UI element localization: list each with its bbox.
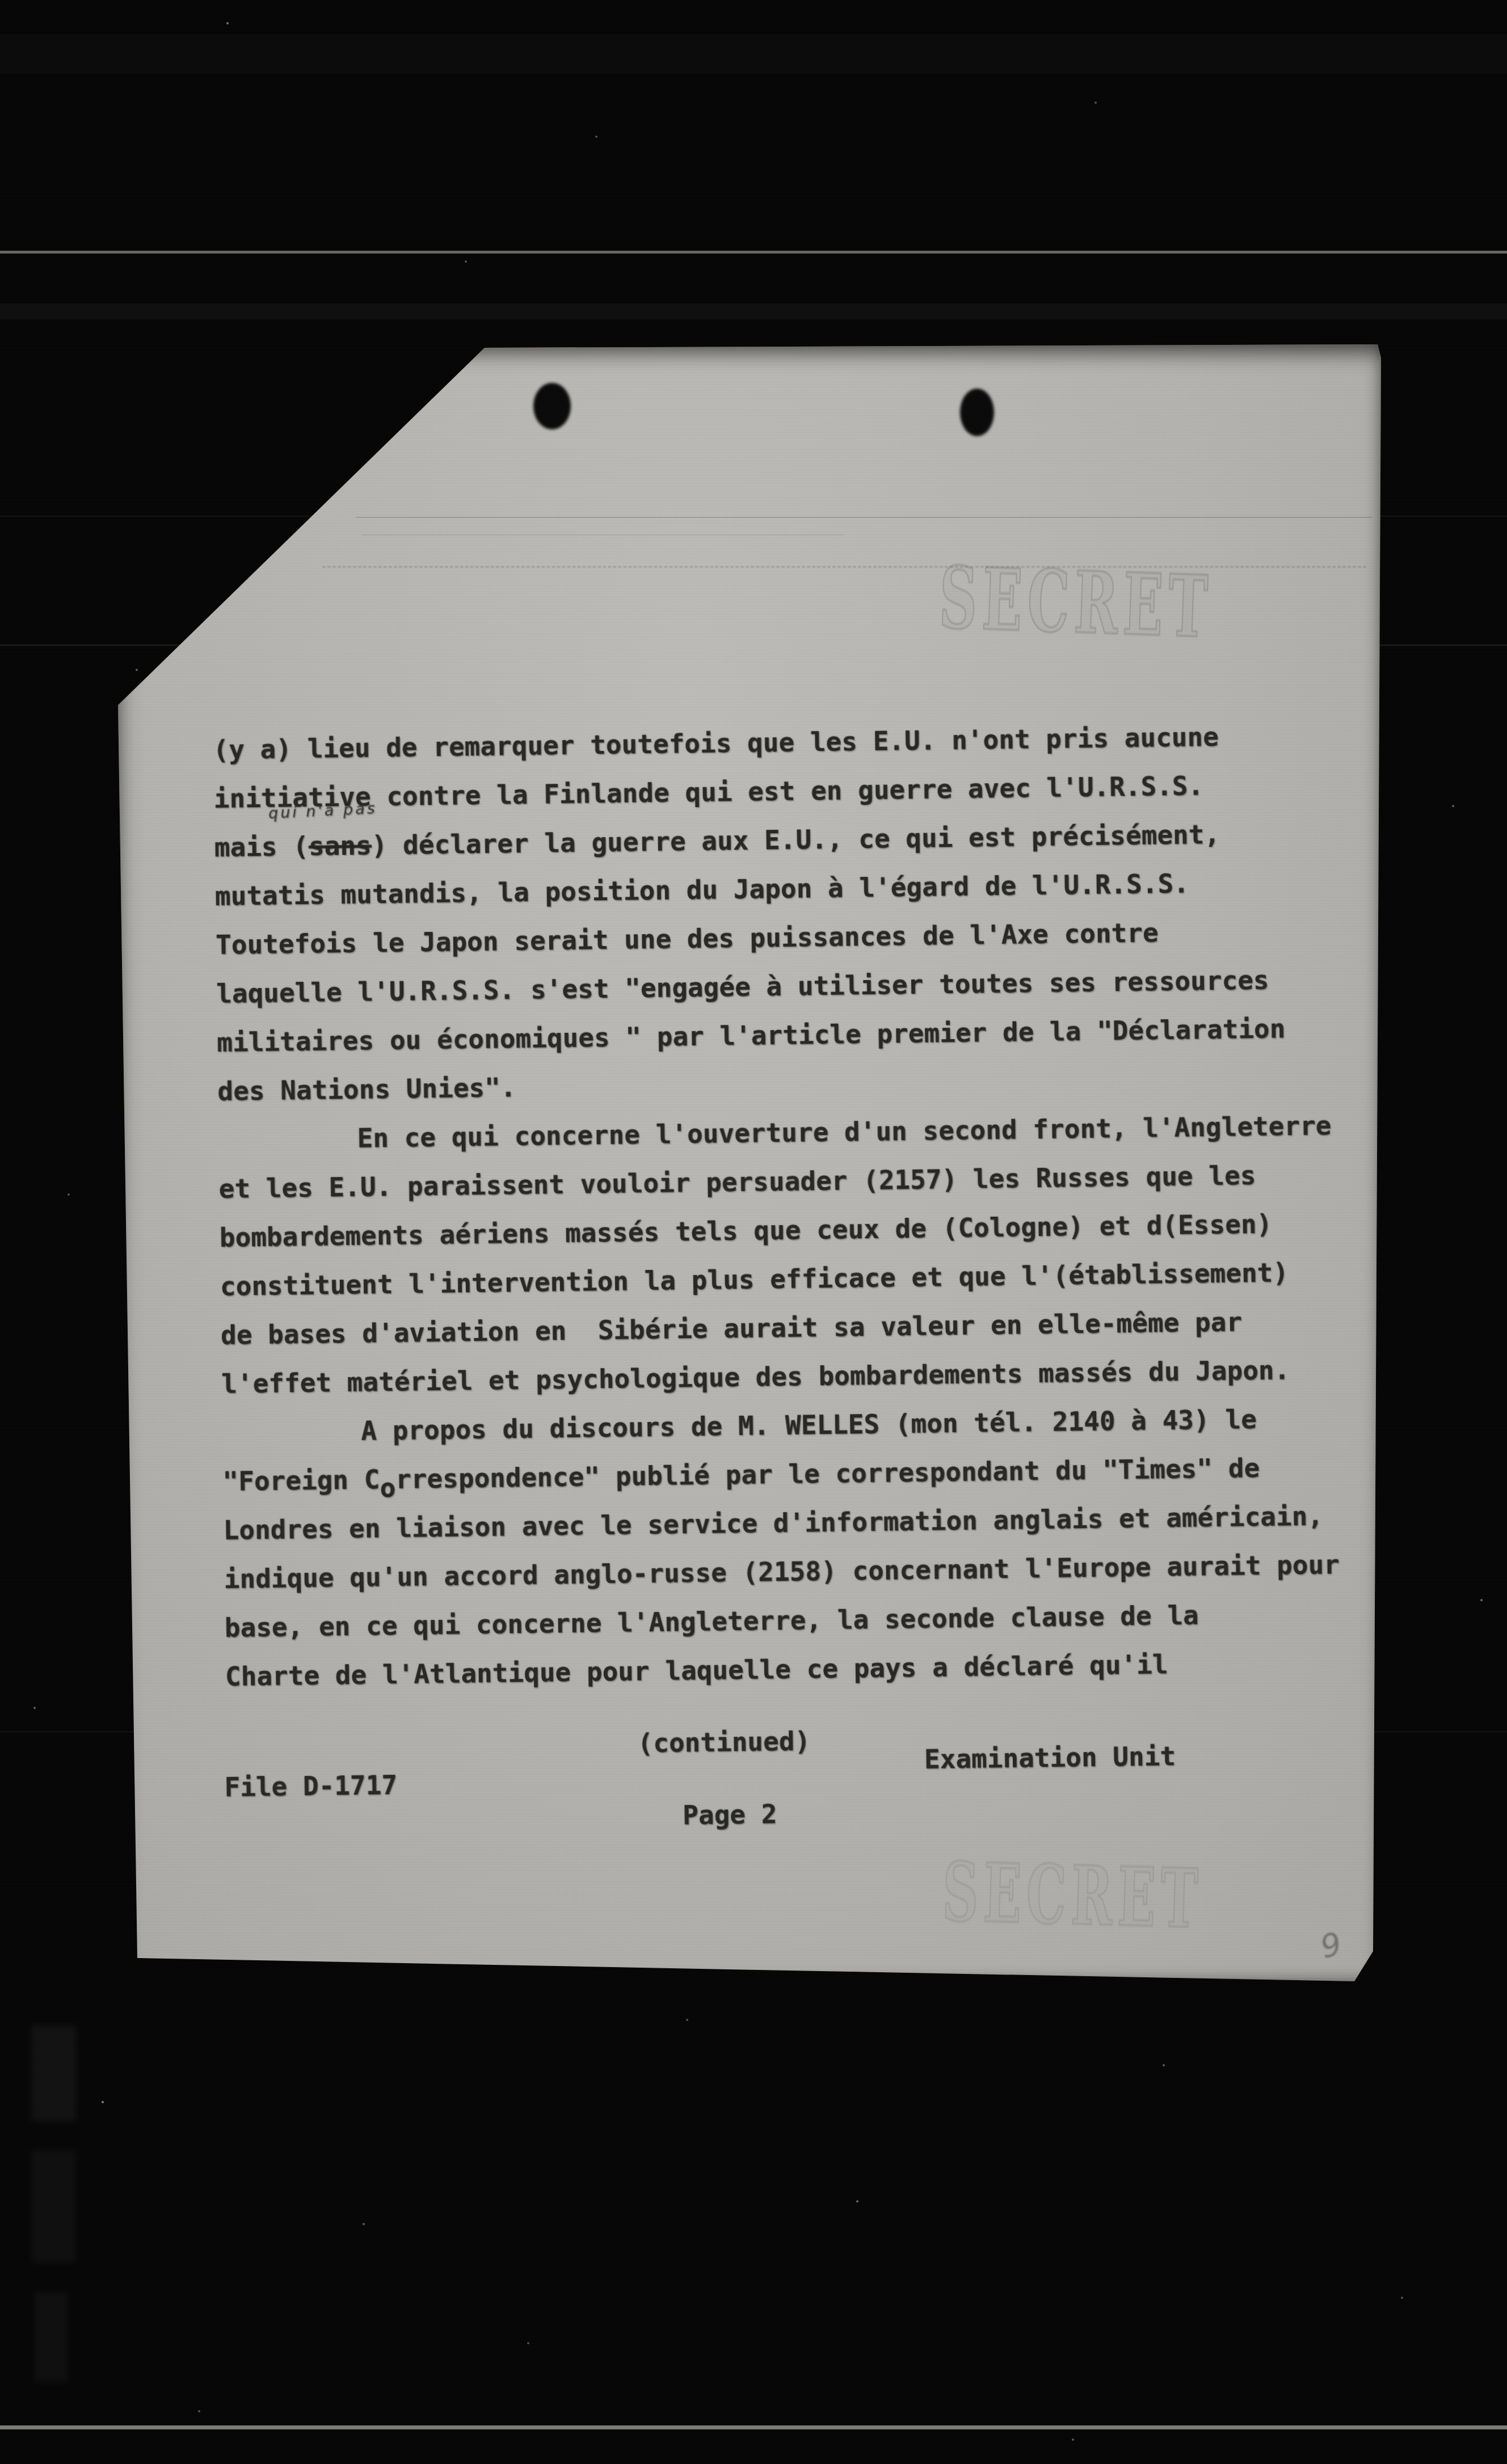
typed-segment: (y a) lieu de remarquer toutefois que le… [213,722,1219,765]
typed-segment: rrespondence" publié par le correspondan… [395,1453,1260,1495]
typed-segment: de bases d'aviation en Sibérie aurait sa… [221,1306,1243,1351]
struck-word: sans [309,830,372,861]
footer-file-number: File D-1717 [224,1761,398,1812]
typed-segment: Toutefois le Japon serait une des puissa… [216,917,1159,960]
typed-segment: bombardements aériens massés tels que ce… [219,1209,1272,1253]
typed-segment: base, en ce qui concerne l'Angleterre, l… [224,1600,1199,1643]
handwritten-annotation: qui n'a pas [268,798,377,825]
punch-hole-right [960,389,994,436]
typed-segment: mais ( [214,831,309,863]
typed-segment: laquelle l'U.R.S.S. s'est "engagée à uti… [216,965,1269,1009]
scan-background: SECRET SECRET (y a) lieu de remarquer to… [0,0,1507,2464]
typed-segment: A propos du discours de M. WELLES (mon t… [361,1404,1257,1446]
crease-line [362,534,844,535]
secret-stamp-bottom: SECRET [941,1852,1203,1940]
crease-line [356,517,1372,518]
scan-smudge [34,2292,68,2382]
scan-smudge [31,2150,77,2263]
typed-lines: (y a) lieu de remarquer toutefois que le… [213,710,1388,1701]
scan-band [0,34,1507,74]
typed-segment: indique qu'un accord anglo-russe (2158) … [224,1549,1340,1594]
typed-segment: "Foreign C [222,1464,380,1497]
subscript-char: o [380,1473,395,1503]
scan-smudge [31,2025,77,2121]
typed-segment: et les E.U. paraissent vouloir persuader… [218,1160,1256,1204]
pencil-mark: 9 [1317,1925,1345,1966]
document-page: SECRET SECRET (y a) lieu de remarquer to… [118,344,1381,1981]
secret-stamp-top: SECRET [938,555,1214,650]
typed-segment: des Nations Unies". [217,1072,516,1107]
footer-examination-unit: Examination Unit [924,1732,1176,1784]
typed-segment: En ce qui concerne l'ouverture d'un seco… [357,1110,1332,1153]
footer-page-number: Page 2 [683,1790,777,1839]
typed-segment: constituent l'intervention la plus effic… [220,1257,1289,1302]
scan-streak [0,2425,1507,2429]
typed-segment: militaires ou économiques " par l'articl… [217,1013,1286,1058]
typed-segment: Londres en liaison avec le service d'inf… [223,1501,1323,1546]
typed-segment: mutatis mutandis, la position du Japon à… [215,868,1190,912]
typed-segment: ) déclarer la guerre aux E.U., ce qui es… [371,819,1220,861]
footer-continued: (continued) [637,1716,811,1767]
typed-segment: Charte de l'Atlantique pour laquelle ce … [225,1649,1168,1692]
typed-segment: l'effet matériel et psychologique des bo… [221,1355,1290,1399]
dust-specks [0,0,1,1]
typed-text: (y a) lieu de remarquer toutefois que le… [213,710,1388,1701]
punch-hole-left [533,383,571,429]
scan-streak [0,251,1507,254]
scan-band [0,303,1507,319]
